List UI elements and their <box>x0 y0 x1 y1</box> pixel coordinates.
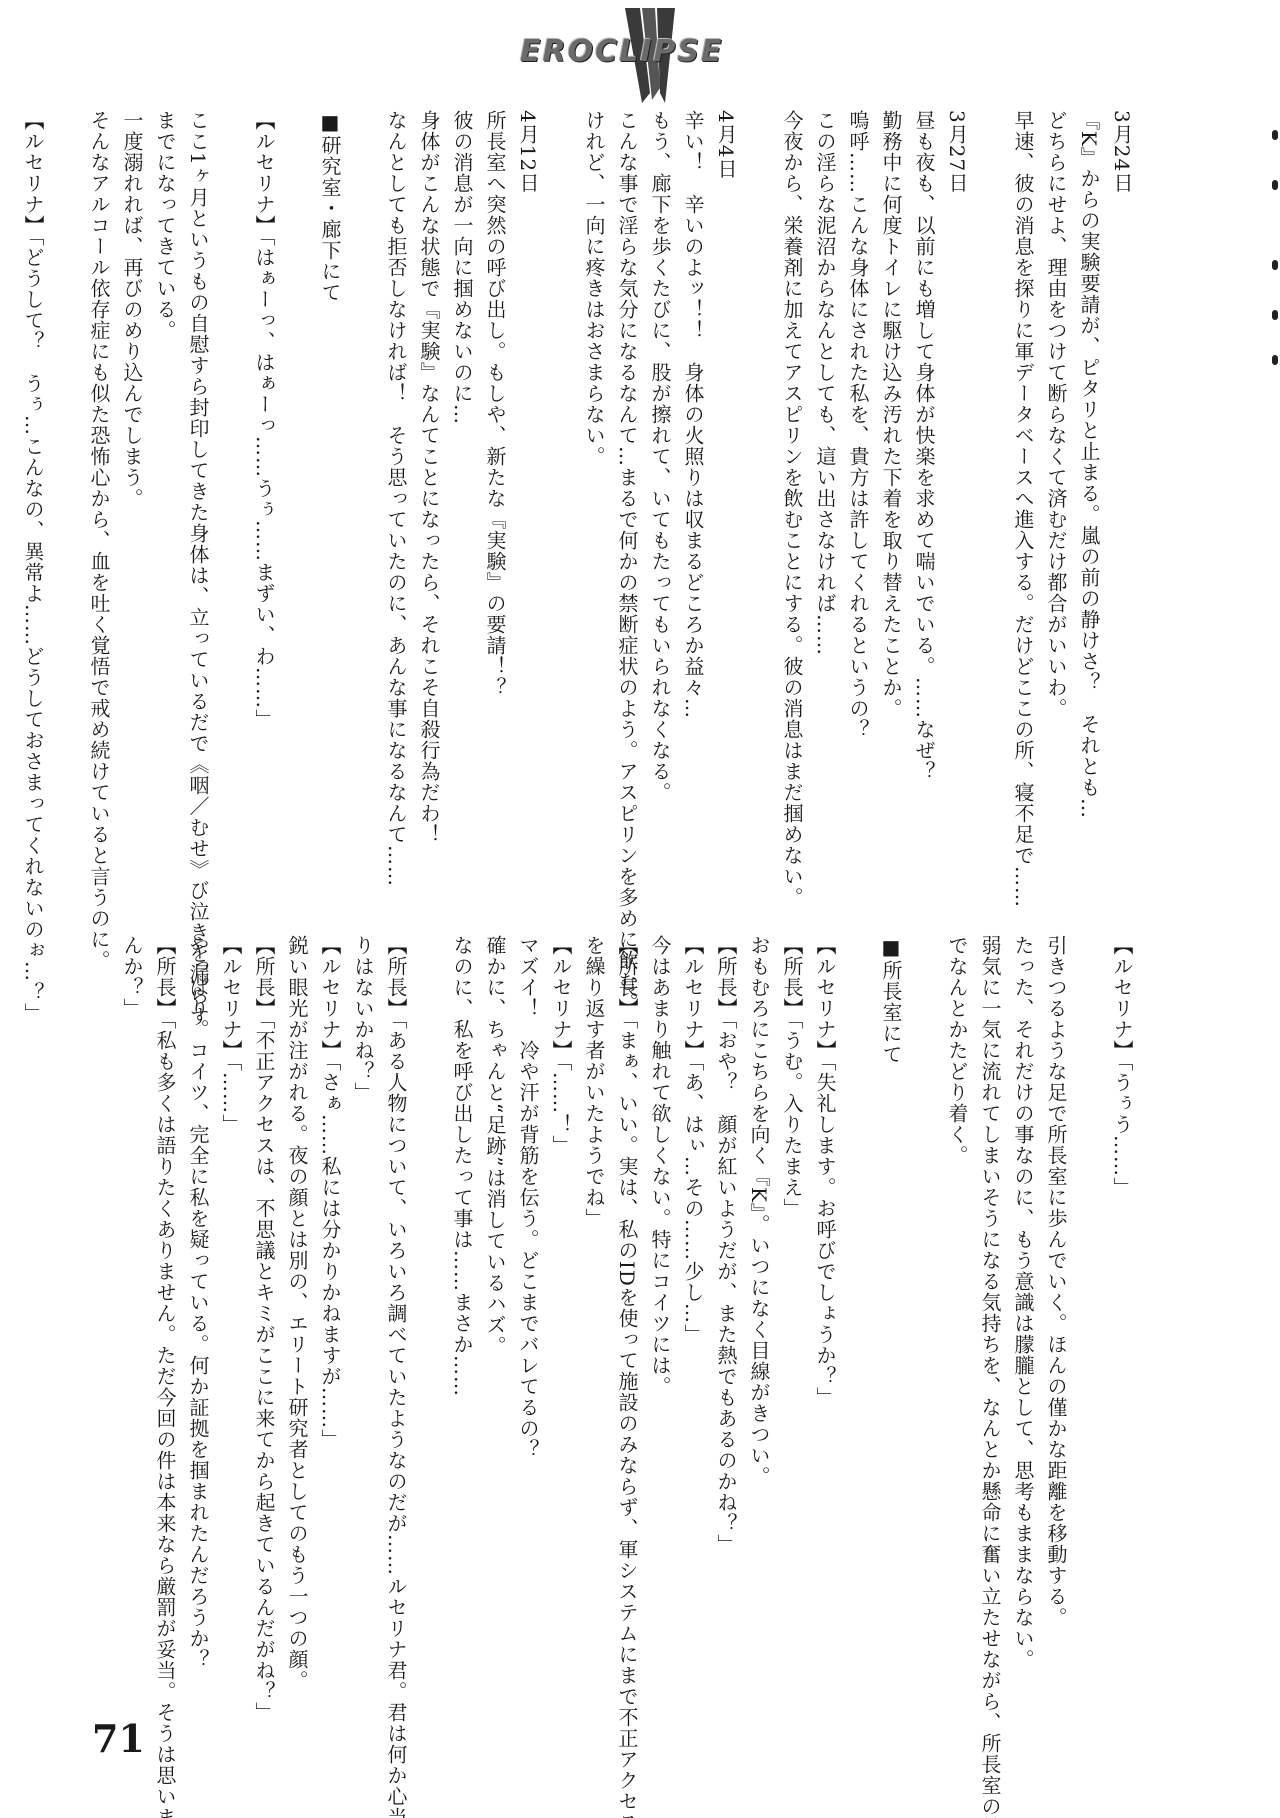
text-line: 【所長】「不正アクセスは、不思議とキミがここに来てから起きているんだがね？」 <box>247 935 280 1715</box>
text-line: りはないかね？」 <box>346 935 379 1715</box>
text-line: なのに、私を呼び出したって事は……まさか…… <box>445 935 478 1715</box>
text-line: けれど、一向に疼きはおさまらない。 <box>577 110 610 870</box>
text-line: 嗚呼……こんな身体にされた私を、貴方は許してくれるというの？ <box>841 110 874 870</box>
text-line: 引きつるような足で所長室に歩んでいく。ほんの僅かな距離を移動する。 <box>1039 935 1072 1715</box>
hole-mark <box>1272 130 1278 140</box>
text-line: んか？」 <box>115 935 148 1715</box>
text-line: 彼の消息が一向に掴めないのに… <box>445 110 478 870</box>
text-line: おもむろにこちらを向く『K』。いつになく目線がきつい。 <box>742 935 775 1715</box>
text-line <box>973 110 1006 870</box>
text-line: 【ルセリナ】「……」 <box>214 935 247 1715</box>
text-line: 【所長】「おや？ 顔が紅いようだが、また熱でもあるのかね？」 <box>709 935 742 1715</box>
text-line: 鋭い眼光が注がれる。夜の顔とは別の、エリート研究者としてのもう一つの顔。 <box>280 935 313 1715</box>
text-line: 【所長】「ある人物について、いろいろ調べていたようなのだが……ルセリナ君。君は何… <box>379 935 412 1715</box>
text-line: 今はあまり触れて欲しくない。特にコイツには。 <box>643 935 676 1715</box>
text-line <box>412 935 445 1715</box>
text-line <box>346 110 379 870</box>
text-line: ■研究室・廊下にて <box>313 110 346 870</box>
text-line <box>742 110 775 870</box>
text-line: 【所長】「私も多くは語りたくありません。ただ今回の件は本来なら厳罰が妥当。そうは… <box>148 935 181 1715</box>
text-line: 【ルセリナ】「……！」 <box>544 935 577 1715</box>
text-line: 3月24日 <box>1105 110 1138 870</box>
text-line: この淫らな泥沼からなんとしても、這い出さなければ…… <box>808 110 841 870</box>
text-line: 昼も夜も、以前にも増して身体が快楽を求めて喘いでいる。……なぜ？ <box>907 110 940 870</box>
text-line: 早速、彼の消息を探りに軍データベースへ進入する。だけどここの所、寝不足で…… <box>1006 110 1039 870</box>
logo: EROCLIPSE <box>520 8 770 103</box>
text-line: 【ルセリナ】「あ、はぃ…その……少し…」 <box>676 935 709 1715</box>
text-line: 4月4日 <box>709 110 742 870</box>
text-line: 【ルセリナ】「うぅう……」 <box>1105 935 1138 1715</box>
text-line <box>214 110 247 870</box>
text-line: 【ルセリナ】「どうして？ うぅ…こんなの、異常よ……どうしておさまってくれないの… <box>16 110 49 870</box>
text-line: 『K』からの実験要請が、ピタリと止まる。嵐の前の静けさ？ それとも… <box>1072 110 1105 870</box>
text-line: までになってきている。 <box>148 110 181 870</box>
text-line: もう、廊下を歩くたびに、股が擦れて、いてもたってもいられなくなる。 <box>643 110 676 870</box>
diary-section: 3月24日『K』からの実験要請が、ピタリと止まる。嵐の前の静けさ？ それとも…ど… <box>0 110 1138 870</box>
text-line <box>49 110 82 870</box>
text-line <box>1072 935 1105 1715</box>
binding-holes <box>1268 0 1278 1818</box>
text-line: ここ1ヶ月というもの自慰すら封印してきた身体は、立っているだで《咽／むせ》び泣き… <box>181 110 214 870</box>
text-line <box>841 935 874 1715</box>
hole-mark <box>1272 310 1278 320</box>
text-line: 一度溺れれば、再びのめり込んでしまう。 <box>115 110 148 870</box>
text-line: 所長室へ突然の呼び出し。もしや、新たな『実験』の要請！？ <box>478 110 511 870</box>
text-line: どちらにせよ、理由をつけて断らなくて済むだけ都合がいいわ。 <box>1039 110 1072 870</box>
text-line: 勤務中に何度トイレに駆け込み汚れた下着を取り替えたことか。 <box>874 110 907 870</box>
hole-mark <box>1272 180 1278 190</box>
text-line: 4月12日 <box>511 110 544 870</box>
text-line: こんな事で淫らな気分になるなんて…まるで何かの禁断症状のよう。アスピリンを多めに… <box>610 110 643 870</box>
text-line: なんとしても拒否しなければ！ そう思っていたのに、あんな事になるなんて…… <box>379 110 412 870</box>
text-line <box>907 935 940 1715</box>
text-line: 【ルセリナ】「はぁーっ、はぁーっ……うぅ……まずい、わ……」 <box>247 110 280 870</box>
text-line: そんなアルコール依存症にも似た恐怖心から、血を吐く覚悟で戒め続けていると言うのに… <box>82 110 115 870</box>
dialogue-section: 【ルセリナ】「うぅう……」 引きつるような足で所長室に歩んでいく。ほんの僅かな距… <box>115 935 1138 1715</box>
text-line <box>280 110 313 870</box>
text-line: 3月27日 <box>940 110 973 870</box>
text-line: 今夜から、栄養剤に加えてアスピリンを飲むことにする。彼の消息はまだ掴めない。 <box>775 110 808 870</box>
text-line: 弱気に一気に流れてしまいそうになる気持ちを、なんとか懸命に奮い立たせながら、所長… <box>973 935 1006 1715</box>
logo-text: EROCLIPSE <box>520 34 770 74</box>
text-line: 【ルセリナ】「さぁ……私には分かりかねますが……」 <box>313 935 346 1715</box>
text-line: 【所長】「うむ。入りたまえ」 <box>775 935 808 1715</box>
text-line: 【所長】「まぁ、いい。実は、私のIDを使って施設のみならず、軍システムにまで不正… <box>610 935 643 1715</box>
text-line <box>0 110 16 870</box>
text-line: でなんとかたどり着く。 <box>940 935 973 1715</box>
text-line: ■所長室にて <box>874 935 907 1715</box>
text-line: 身体がこんな状態で『実験』なんてことになったら、それこそ自殺行為だわ！ <box>412 110 445 870</box>
hole-mark <box>1272 355 1278 365</box>
text-line: 【ルセリナ】「失礼します。お呼びでしょうか？」 <box>808 935 841 1715</box>
text-line: やっぱり。コイツ、完全に私を疑っている。何か証拠を掴まれたんだろうか？ <box>181 935 214 1715</box>
text-line: を繰り返す者がいたようでね」 <box>577 935 610 1715</box>
hole-mark <box>1272 260 1278 270</box>
text-line: マズイ！ 冷や汗が背筋を伝う。どこまでバレてるの？ <box>511 935 544 1715</box>
text-line: たった、それだけの事なのに、もう意識は朦朧として、思考もままならない。 <box>1006 935 1039 1715</box>
text-line: 辛い！ 辛いのよッ！！ 身体の火照りは収まるどころか益々… <box>676 110 709 870</box>
text-line: 確かに、ちゃんと“足跡”は消しているハズ。 <box>478 935 511 1715</box>
text-line <box>544 110 577 870</box>
page-number: 71 <box>92 1716 145 1761</box>
